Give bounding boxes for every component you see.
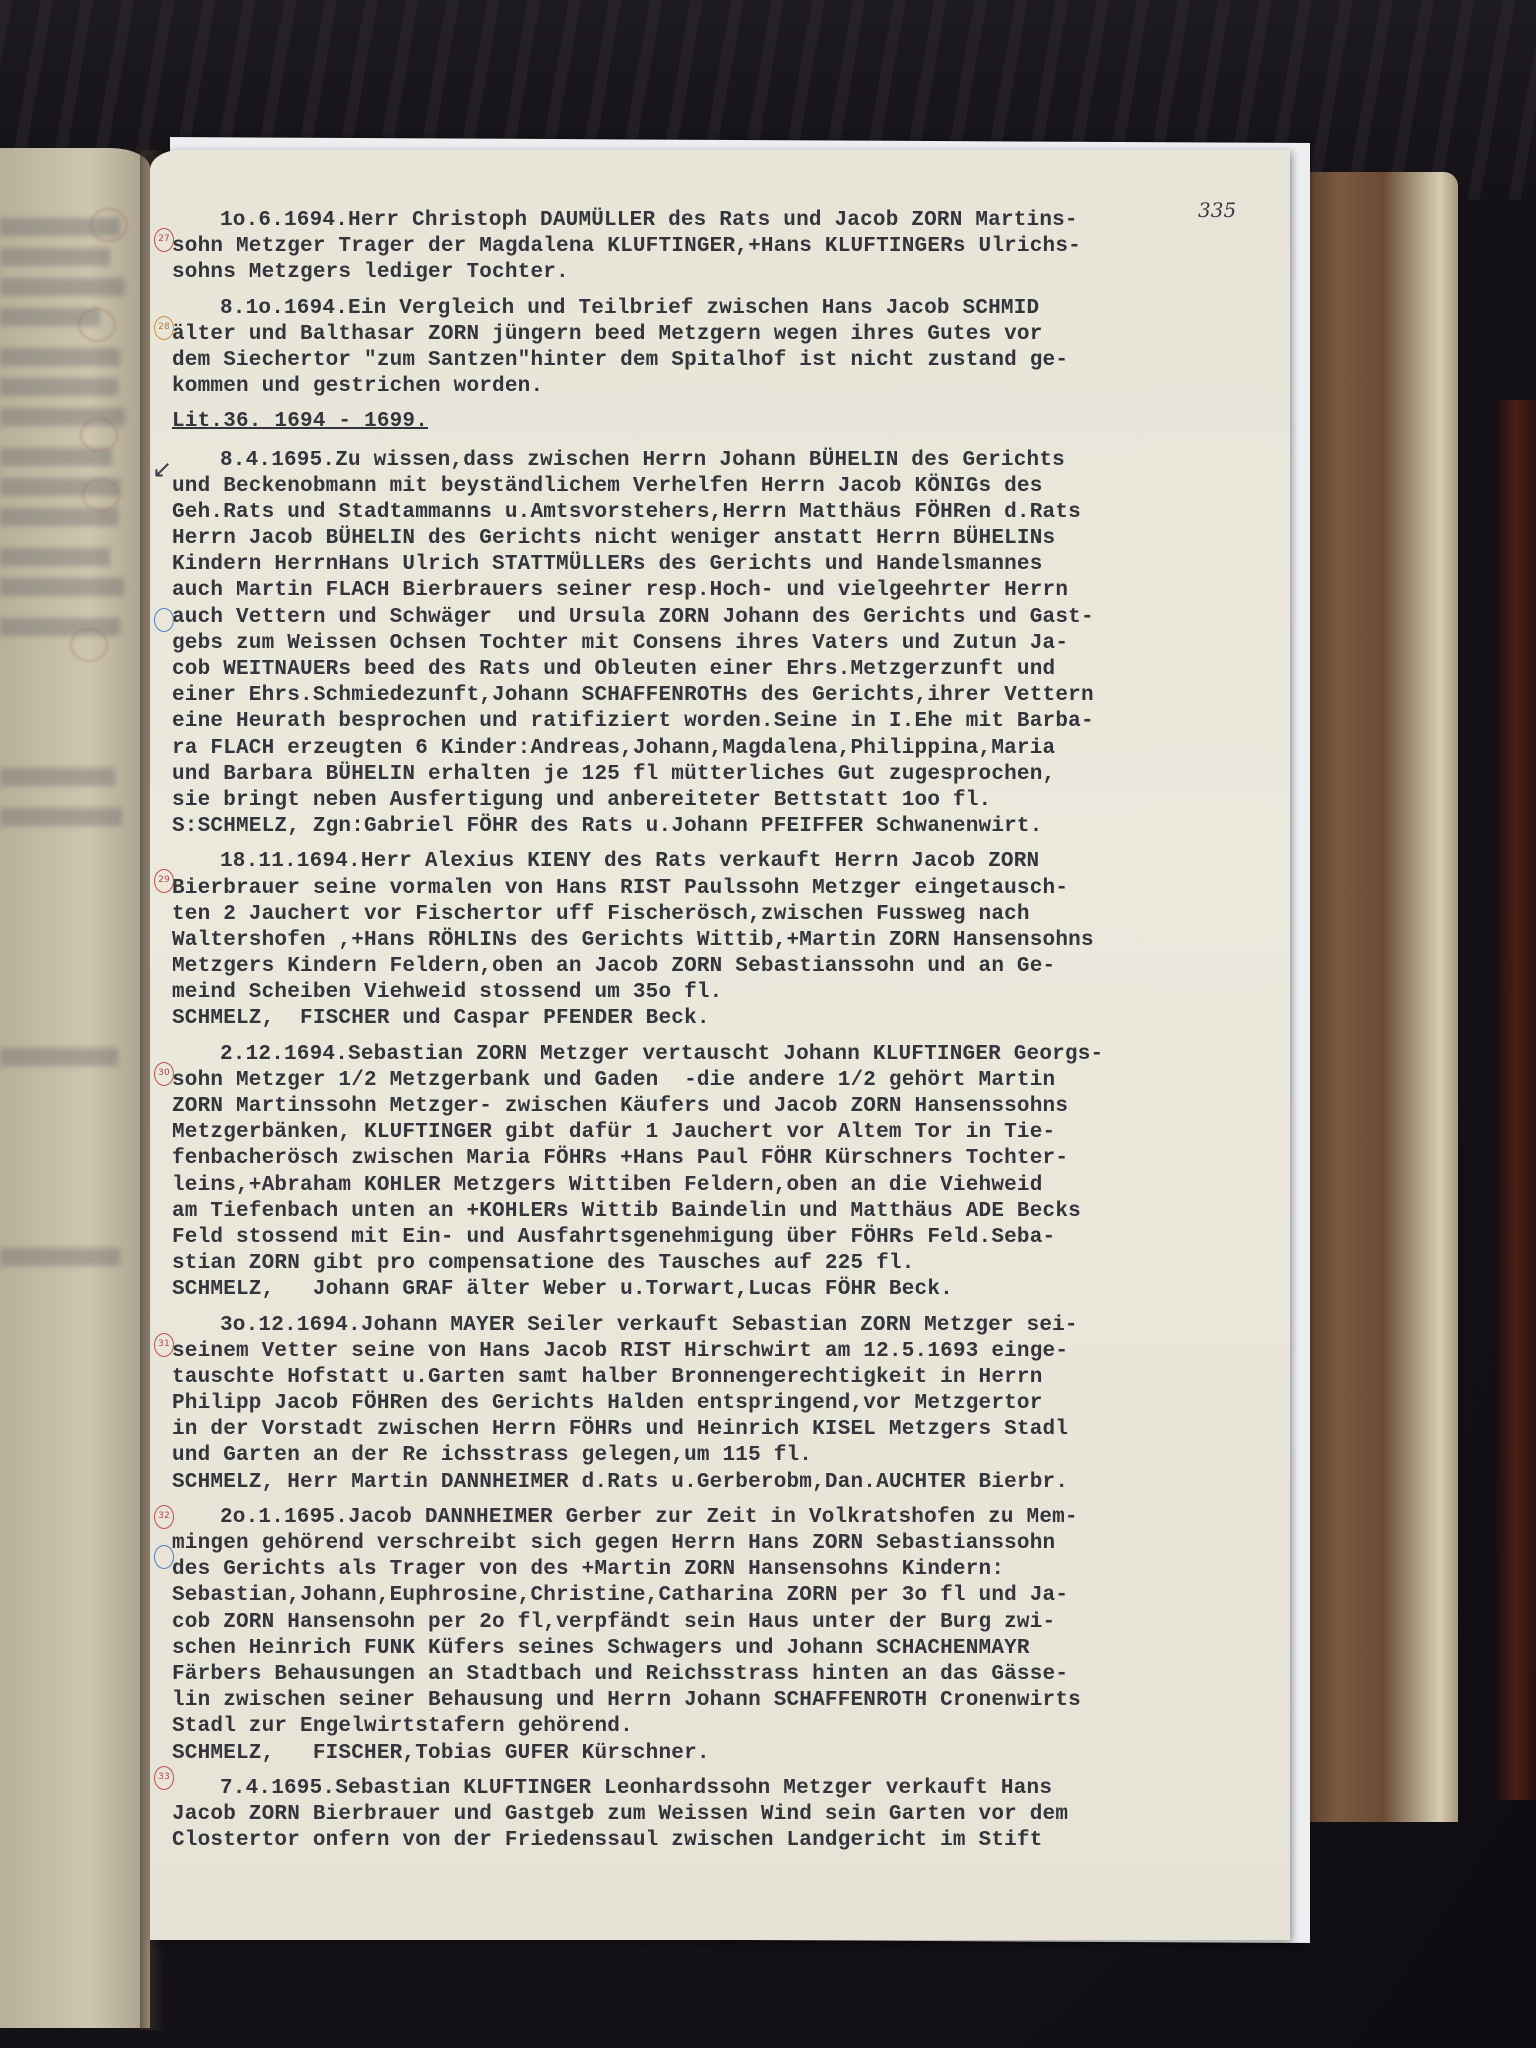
entry-line: Bierbrauer seine vormalen von Hans RIST … [172,876,1262,902]
entry-line: sohn Metzger 1/2 Metzgerbank und Gaden -… [172,1068,1262,1094]
entry-line: ra FLACH erzeugten 6 Kinder:Andreas,Joha… [172,736,1262,762]
ghost-text-line [0,808,122,826]
entry-line: Clostertor onfern von der Friedenssaul z… [172,1828,1262,1854]
margin-number-circle: 27 [154,228,174,252]
entry-line: mingen gehörend verschreibt sich gegen H… [172,1531,1262,1557]
entry-line: cob ZORN Hansensohn per 2o fl,verpfändt … [172,1610,1262,1636]
entry-line: des Gerichts als Trager von des +Martin … [172,1557,1262,1583]
entry-line: SCHMELZ, FISCHER und Caspar PFENDER Beck… [172,1006,1262,1032]
entry-line: Sebastian,Johann,Euphrosine,Christine,Ca… [172,1583,1262,1609]
ghost-text-line [0,768,115,786]
entry-line: SCHMELZ, Johann GRAF älter Weber u.Torwa… [172,1277,1262,1303]
entry-line: kommen und gestrichen worden. [172,374,1262,400]
background-red-cloth [1496,400,1536,1800]
margin-number-circle: 30 [154,1062,174,1086]
ghost-margin-circle [78,308,116,342]
entry-line: in der Vorstadt zwischen Herrn FÖHRs und… [172,1417,1262,1443]
left-facing-page [0,148,150,2028]
entry-line: ten 2 Jauchert vor Fischertor uff Fische… [172,902,1262,928]
margin-number-circle: 32 [154,1505,174,1529]
entry-line: Herrn Jacob BÜHELIN des Gerichts nicht w… [172,526,1262,552]
entry-line: Kindern HerrnHans Ulrich STATTMÜLLERs de… [172,552,1262,578]
ghost-text-line [0,1048,118,1066]
entry-line: fenbacherösch zwischen Maria FÖHRs +Hans… [172,1146,1262,1172]
margin-number-circle: 31 [154,1333,174,1357]
register-entry: 33 7.4.1695.Sebastian KLUFTINGER Leonhar… [172,1776,1262,1855]
section-heading: Lit.36. 1694 - 1699. [172,409,1262,435]
entry-line: Stadl zur Engelwirtstafern gehörend. [172,1714,1262,1740]
ghost-margin-circle [90,208,128,242]
entry-line: 1o.6.1694.Herr Christoph DAUMÜLLER des R… [172,208,1262,234]
ghost-margin-circle [70,628,108,662]
entry-line: 2o.1.1695.Jacob DANNHEIMER Gerber zur Ze… [172,1505,1262,1531]
entry-line: seinem Vetter seine von Hans Jacob RIST … [172,1339,1262,1365]
entry-line: SCHMELZ, FISCHER,Tobias GUFER Kürschner. [172,1741,1262,1767]
register-entry: 29 18.11.1694.Herr Alexius KIENY des Rat… [172,849,1262,1032]
entry-line: und Beckenobmann mit beyständlichem Verh… [172,474,1262,500]
register-entry: 31 3o.12.1694.Johann MAYER Seiler verkau… [172,1313,1262,1496]
margin-number-circle [154,1545,174,1569]
entry-line: Jacob ZORN Bierbrauer und Gastgeb zum We… [172,1802,1262,1828]
entry-line: einer Ehrs.Schmiedezunft,Johann SCHAFFEN… [172,683,1262,709]
entry-line: am Tiefenbach unten an +KOHLERs Wittib B… [172,1199,1262,1225]
entry-line: 18.11.1694.Herr Alexius KIENY des Rats v… [172,849,1262,875]
entry-line: sohns Metzgers lediger Tochter. [172,260,1262,286]
ghost-text-line [0,1248,120,1266]
entry-line: gebs zum Weissen Ochsen Tochter mit Cons… [172,631,1262,657]
typed-document-sheet: 335 27 1o.6.1694.Herr Christoph DAUMÜLLE… [150,150,1290,1940]
entry-line: Waltershofen ,+Hans RÖHLINs des Gerichts… [172,928,1262,954]
entry-line: ZORN Martinssohn Metzger- zwischen Käufe… [172,1094,1262,1120]
entry-line: 3o.12.1694.Johann MAYER Seiler verkauft … [172,1313,1262,1339]
entry-line: Metzgerbänken, KLUFTINGER gibt dafür 1 J… [172,1120,1262,1146]
ghost-margin-circle [80,418,118,452]
entry-line: leins,+Abraham KOHLER Metzgers Wittiben … [172,1173,1262,1199]
ghost-text-line [0,348,120,366]
ghost-text-line [0,578,124,596]
margin-number-circle: 29 [154,869,174,893]
entry-line: 7.4.1695.Sebastian KLUFTINGER Leonhardss… [172,1776,1262,1802]
entry-line: Feld stossend mit Ein- und Ausfahrtsgene… [172,1225,1262,1251]
entry-line: 8.1o.1694.Ein Vergleich und Teilbrief zw… [172,296,1262,322]
entry-line: und Barbara BÜHELIN erhalten je 125 fl m… [172,762,1262,788]
entry-line: Geh.Rats und Stadtammanns u.Amtsvorstehe… [172,500,1262,526]
register-entry: 30 2.12.1694.Sebastian ZORN Metzger vert… [172,1042,1262,1304]
entry-line: Metzgers Kindern Feldern,oben an Jacob Z… [172,954,1262,980]
entry-line: auch Martin FLACH Bierbrauers seiner res… [172,578,1262,604]
ghost-margin-circle [82,478,120,512]
book-page-stack [1308,172,1458,1822]
entry-line: und Garten an der Re ichsstrass gelegen,… [172,1443,1262,1469]
ghost-text-line [0,278,125,296]
ghost-text-line [0,248,110,266]
document-body: 27 1o.6.1694.Herr Christoph DAUMÜLLER de… [172,208,1262,1863]
register-entry: 28 8.1o.1694.Ein Vergleich und Teilbrief… [172,296,1262,401]
register-entry: 32 2o.1.1695.Jacob DANNHEIMER Gerber zur… [172,1505,1262,1767]
ghost-text-line [0,548,110,566]
entry-line: tauschte Hofstatt u.Garten samt halber B… [172,1365,1262,1391]
entry-line: eine Heurath besprochen und ratifiziert … [172,709,1262,735]
register-entry: ↙ 8.4.1695.Zu wissen,dass zwischen Herrn… [172,448,1262,841]
entry-line: 2.12.1694.Sebastian ZORN Metzger vertaus… [172,1042,1262,1068]
entry-line: S:SCHMELZ, Zgn:Gabriel FÖHR des Rats u.J… [172,814,1262,840]
margin-number-circle: 33 [154,1766,174,1790]
margin-number-circle [154,608,174,632]
entry-line: sohn Metzger Trager der Magdalena KLUFTI… [172,234,1262,260]
entry-line: cob WEITNAUERs beed des Rats und Obleute… [172,657,1262,683]
entry-line: SCHMELZ, Herr Martin DANNHEIMER d.Rats u… [172,1470,1262,1496]
entry-line: 8.4.1695.Zu wissen,dass zwischen Herrn J… [172,448,1262,474]
ghost-text-line [0,378,118,396]
entry-line: sie bringt neben Ausfertigung und anbere… [172,788,1262,814]
entry-line: Färbers Behausungen an Stadtbach und Rei… [172,1662,1262,1688]
entry-line: auch Vettern und Schwäger und Ursula ZOR… [172,605,1262,631]
entry-line: schen Heinrich FUNK Küfers seines Schwag… [172,1636,1262,1662]
entry-line: dem Siechertor "zum Santzen"hinter dem S… [172,348,1262,374]
margin-number-circle: 28 [154,316,174,340]
entry-line: lin zwischen seiner Behausung und Herrn … [172,1688,1262,1714]
checkmark-icon: ↙ [152,456,172,482]
entry-line: stian ZORN gibt pro compensatione des Ta… [172,1251,1262,1277]
entry-line: Philipp Jacob FÖHRen des Gerichts Halden… [172,1391,1262,1417]
entry-line: älter und Balthasar ZORN jüngern beed Me… [172,322,1262,348]
register-entry: 27 1o.6.1694.Herr Christoph DAUMÜLLER de… [172,208,1262,287]
entry-line: meind Scheiben Viehweid stossend um 35o … [172,980,1262,1006]
